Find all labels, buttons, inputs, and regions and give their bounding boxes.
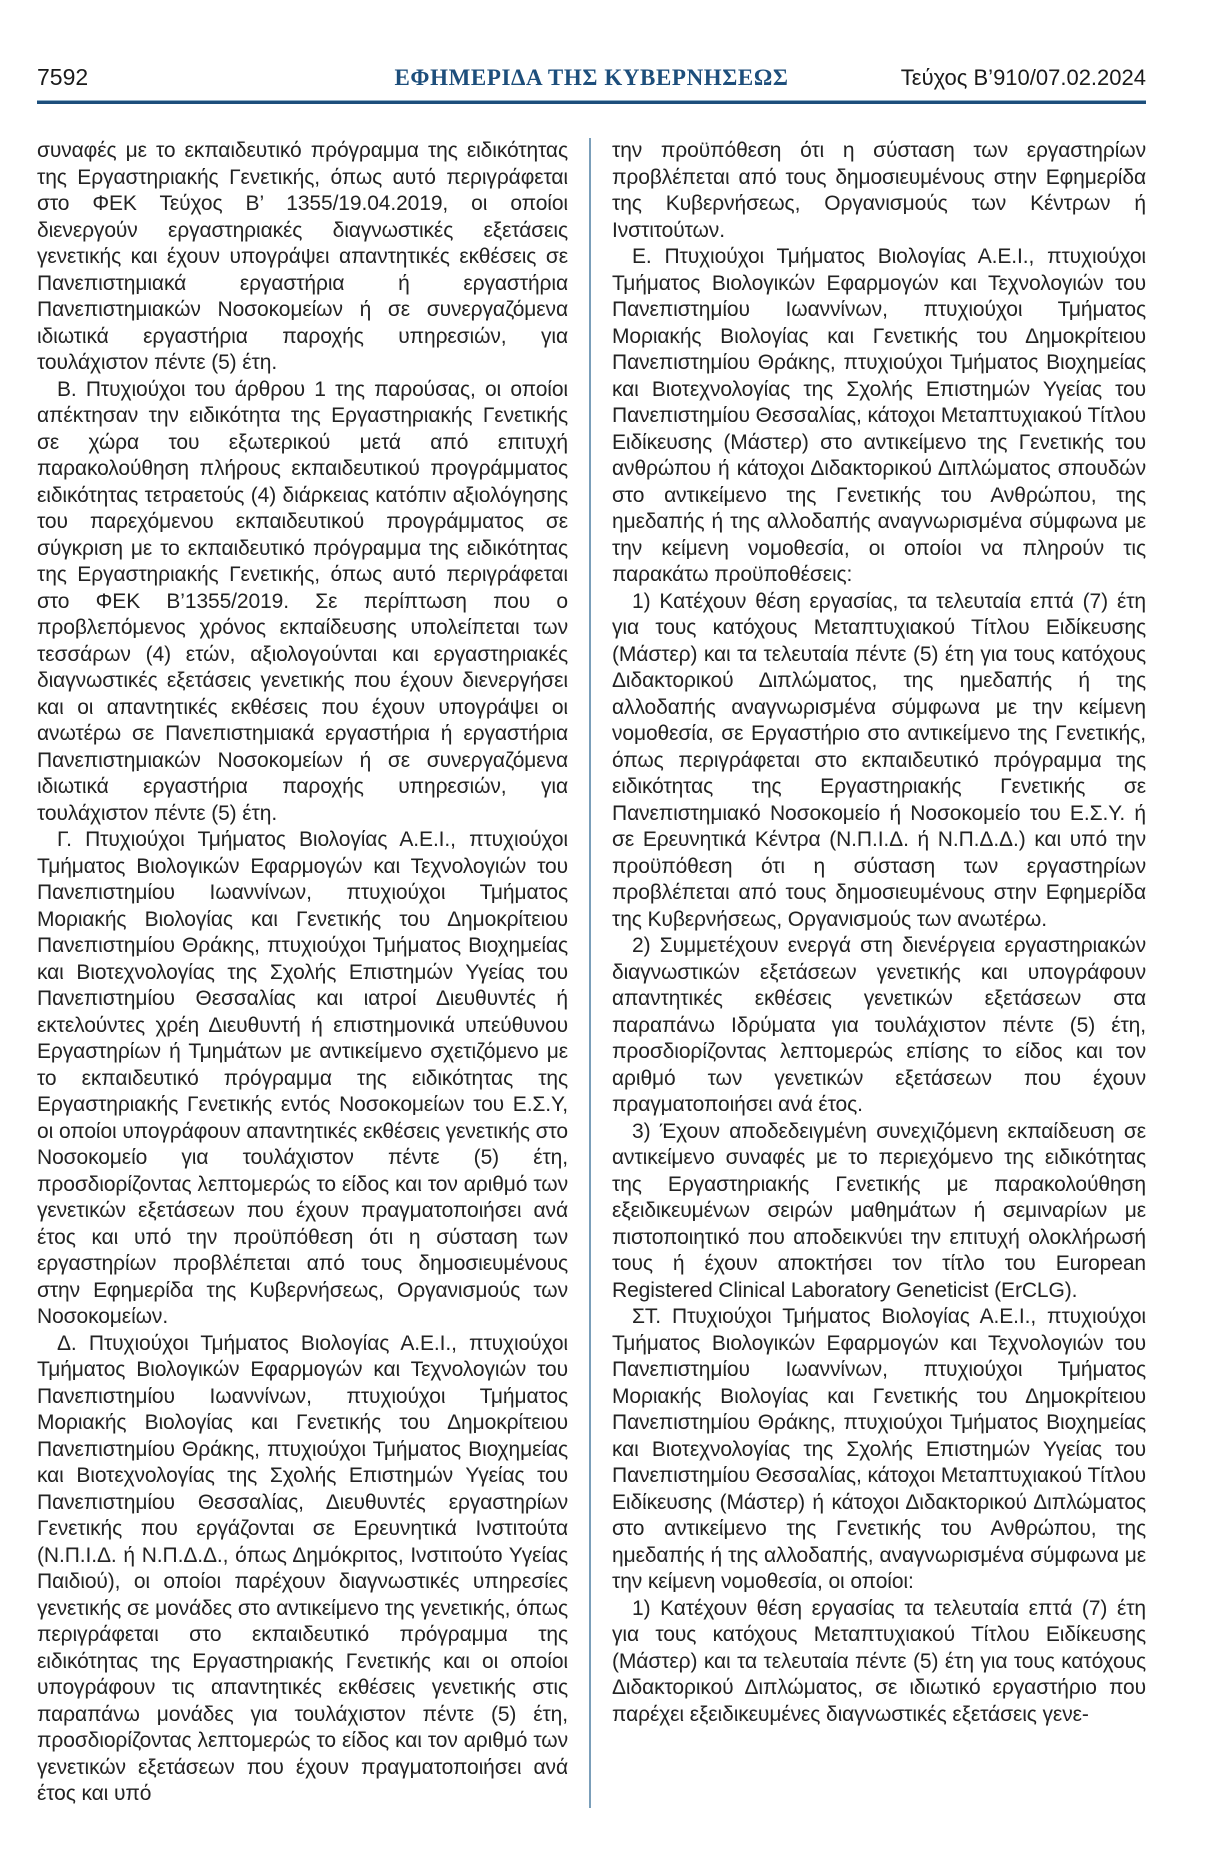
issue-info: Τεύχος Β’910/07.02.2024 (901, 65, 1146, 91)
paragraph-item-1b: 1) Κατέχουν θέση εργασίας τα τελευταία ε… (612, 1596, 1146, 1729)
left-column: συναφές με το εκπαιδευτικό πρόγραμμα της… (37, 138, 568, 1808)
paragraph-item-2: 2) Συμμετέχουν ενεργά στη διενέργεια εργ… (612, 933, 1146, 1119)
paragraph-section-e: Ε. Πτυχιούχοι Τμήματος Βιολογίας Α.Ε.Ι.,… (612, 244, 1146, 589)
right-column: την προϋπόθεση ότι η σύσταση των εργαστη… (612, 138, 1146, 1808)
masthead-title: ΕΦΗΜΕΡΙΔΑ ΤΗΣ ΚΥΒΕΡΝΗΣΕΩΣ (394, 65, 788, 91)
paragraph-item-1: 1) Κατέχουν θέση εργασίας, τα τελευταία … (612, 589, 1146, 934)
paragraph-continuation: την προϋπόθεση ότι η σύσταση των εργαστη… (612, 138, 1146, 244)
header-rule (37, 100, 1146, 104)
paragraph-section-c: Γ. Πτυχιούχοι Τμήματος Βιολογίας Α.Ε.Ι.,… (37, 827, 568, 1331)
gazette-page: 7592 ΕΦΗΜΕΡΙΔΑ ΤΗΣ ΚΥΒΕΡΝΗΣΕΩΣ Τεύχος Β’… (0, 0, 1220, 1850)
paragraph-section-d: Δ. Πτυχιούχοι Τμήματος Βιολογίας Α.Ε.Ι.,… (37, 1331, 568, 1808)
column-divider (589, 138, 591, 1808)
paragraph-item-3: 3) Έχουν αποδεδειγμένη συνεχιζόμενη εκπα… (612, 1119, 1146, 1305)
paragraph-section-b: Β. Πτυχιούχοι του άρθρου 1 της παρούσας,… (37, 377, 568, 828)
page-number: 7592 (37, 64, 88, 91)
paragraph-continuation: συναφές με το εκπαιδευτικό πρόγραμμα της… (37, 138, 568, 377)
paragraph-section-st: ΣΤ. Πτυχιούχοι Τμήματος Βιολογίας Α.Ε.Ι.… (612, 1304, 1146, 1596)
document-body: συναφές με το εκπαιδευτικό πρόγραμμα της… (37, 138, 1146, 1808)
page-header: 7592 ΕΦΗΜΕΡΙΔΑ ΤΗΣ ΚΥΒΕΡΝΗΣΕΩΣ Τεύχος Β’… (37, 0, 1146, 91)
